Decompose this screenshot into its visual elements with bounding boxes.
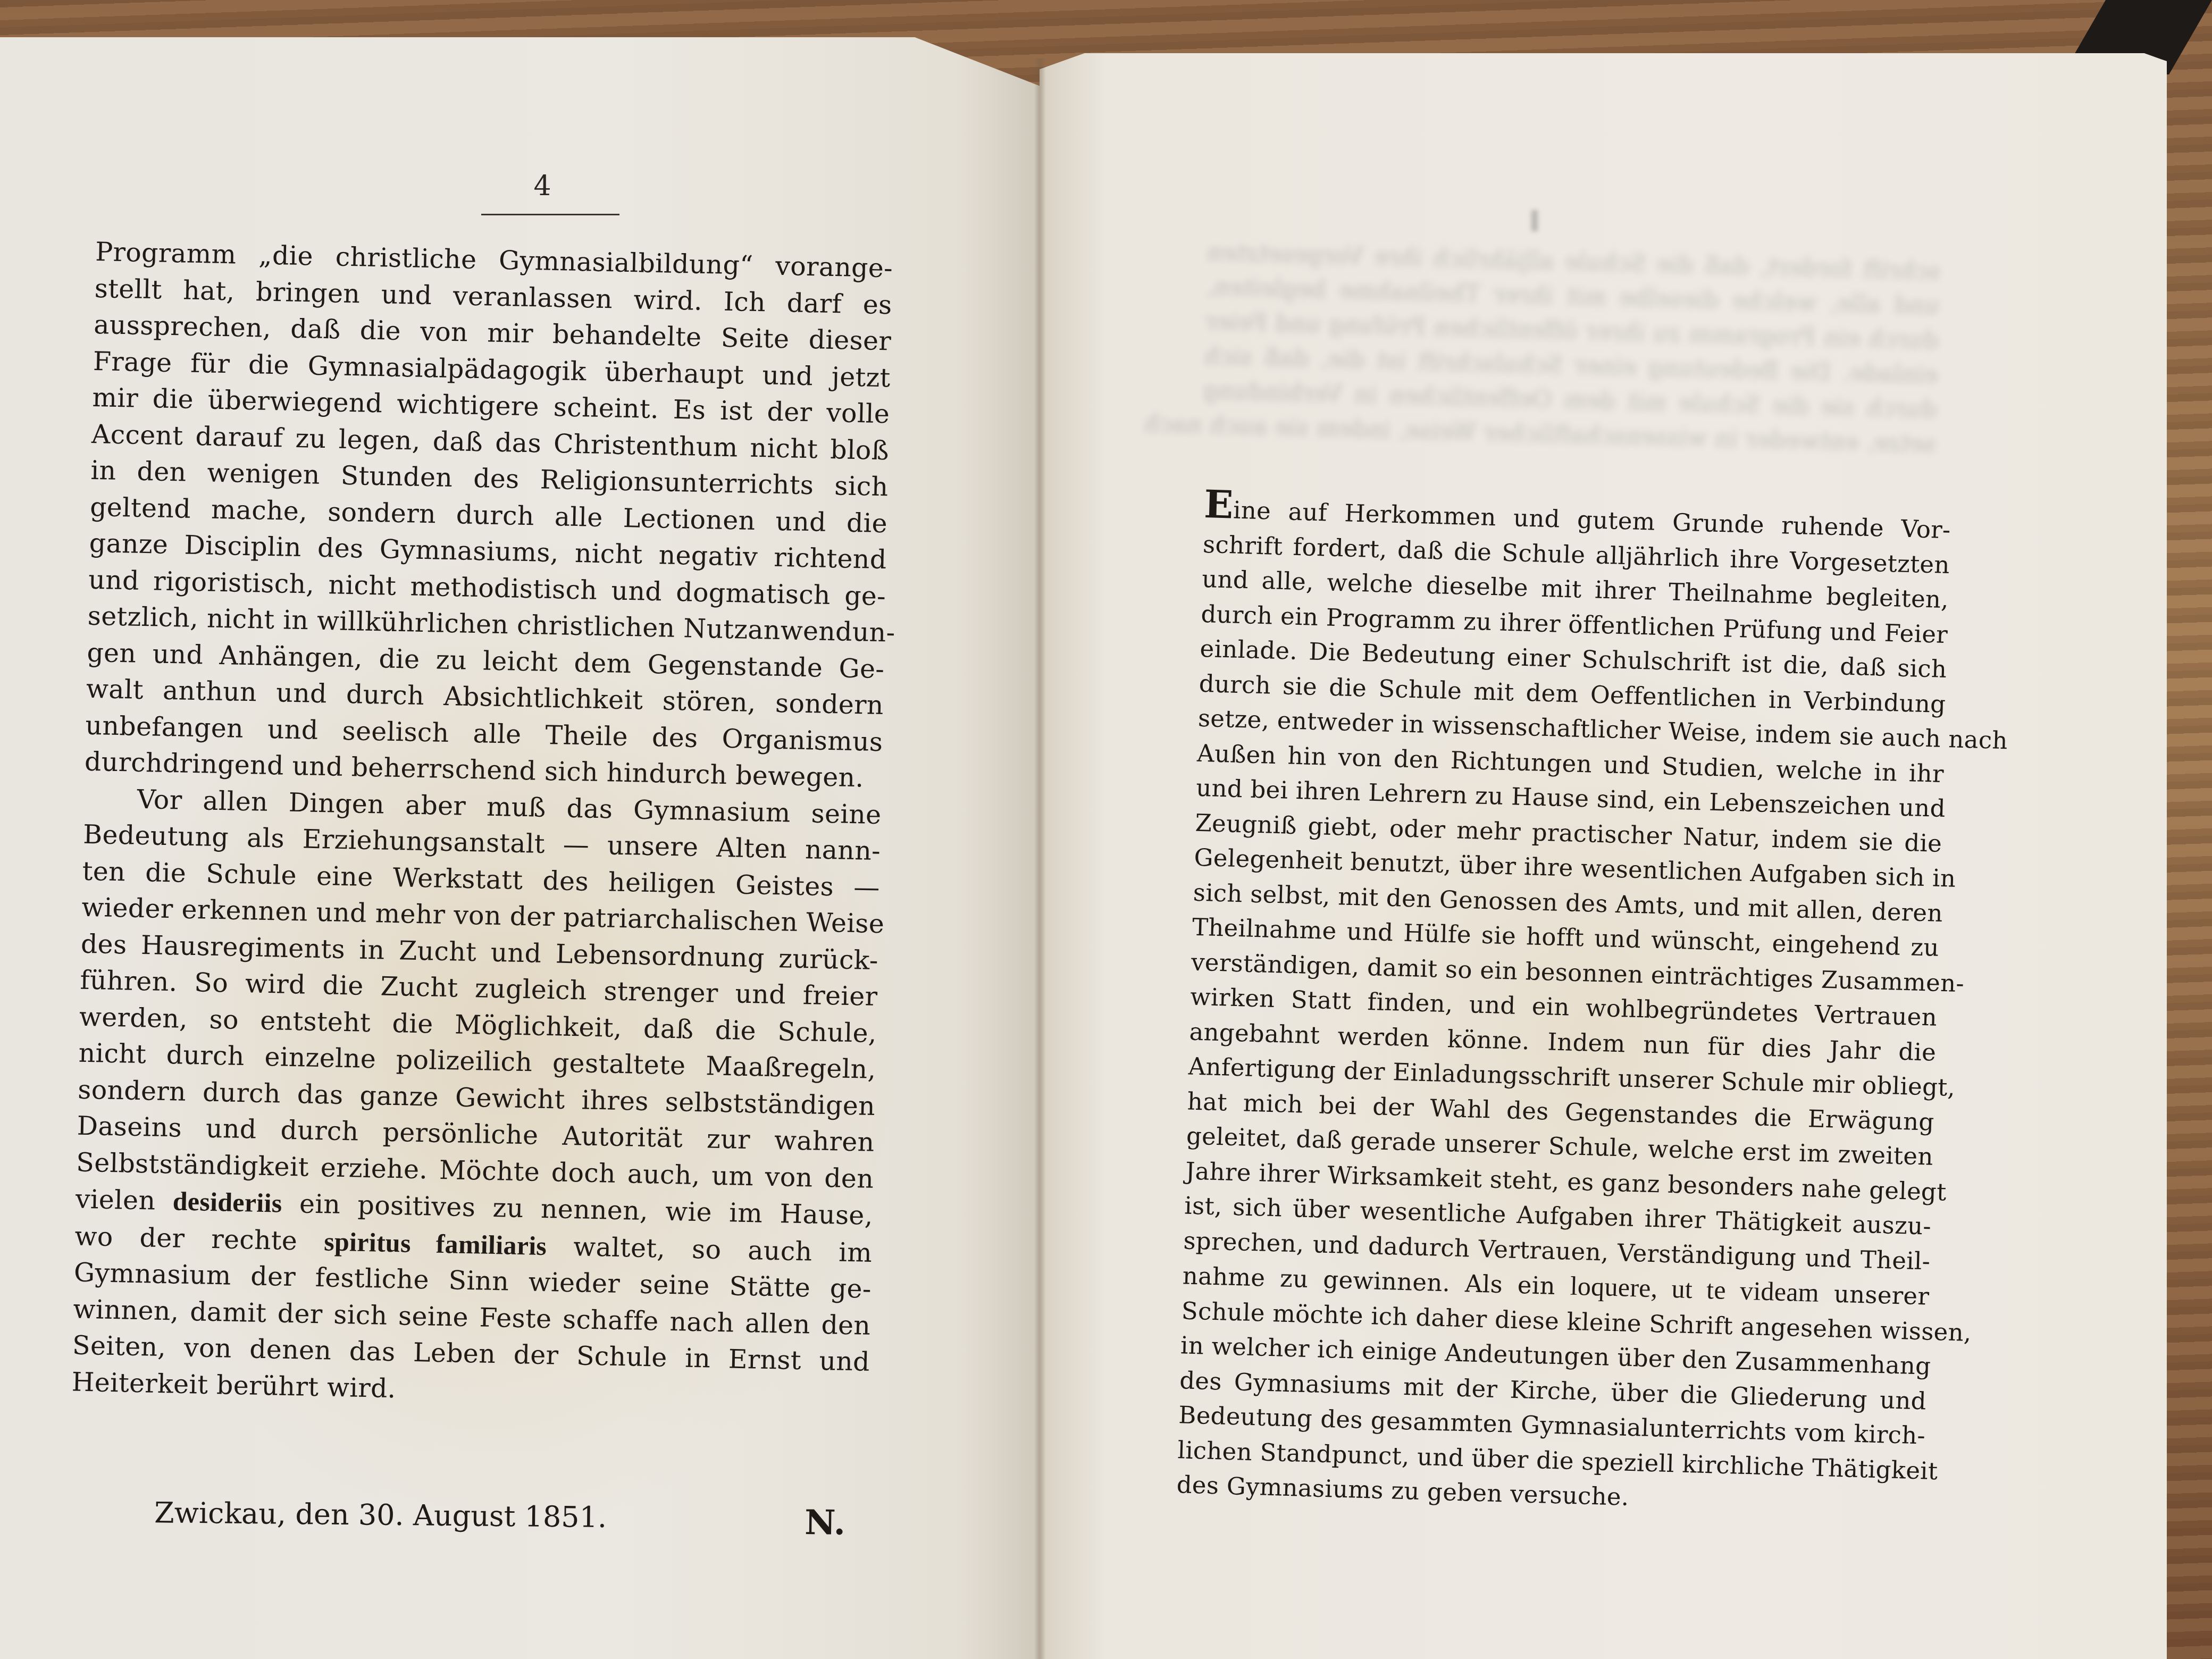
text-run: unserer: [1819, 1279, 1930, 1311]
left-page-text: Programm „die christliche Gymnasialbildu…: [71, 234, 893, 1417]
bleed-through-text: schrift fordert, daß die Schule alljährl…: [1202, 235, 1941, 462]
page-number: 4: [526, 170, 558, 202]
right-page-text: Eine auf Herkommen und gutem Grunde ruhe…: [1176, 492, 1951, 1523]
signature-line: Zwickau, den 30. August 1851. N.: [154, 1496, 846, 1543]
text-run: vielen: [75, 1184, 173, 1217]
author-initial: N.: [805, 1503, 845, 1543]
latin-term: spiritus familiaris: [324, 1226, 547, 1261]
latin-phrase: loquere, ut te videam: [1570, 1271, 1820, 1308]
drop-cap: E: [1203, 481, 1234, 527]
latin-term: desideriis: [172, 1186, 282, 1218]
text-run: waltet, so auch im: [547, 1231, 873, 1268]
header-rule: [481, 214, 619, 215]
text-run: wo der rechte: [74, 1221, 324, 1256]
bleed-through-page-number: [1531, 210, 1538, 231]
book-gutter: [1034, 58, 1046, 1659]
place-date: Zwickau, den 30. August 1851.: [154, 1496, 607, 1540]
